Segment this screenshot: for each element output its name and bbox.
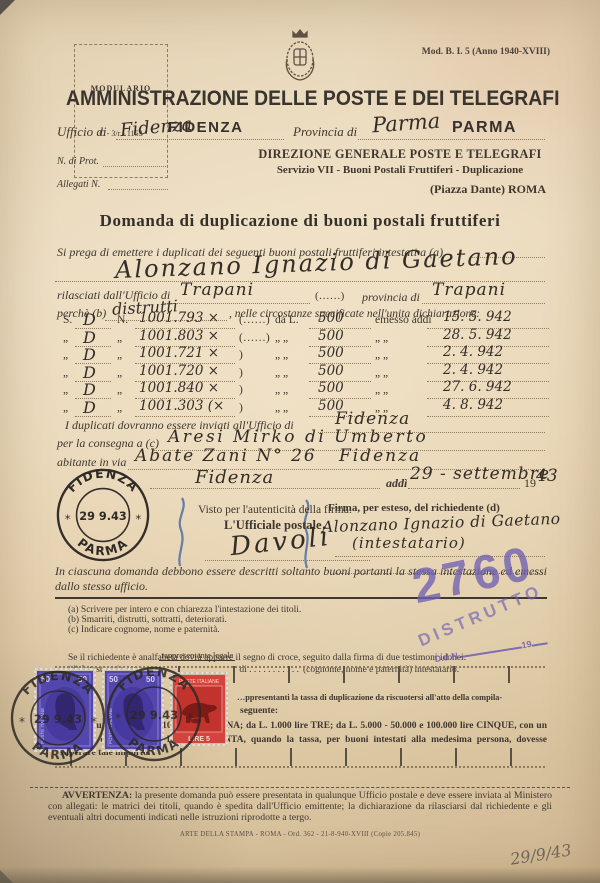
bond-date: 28. 5. 942	[443, 327, 512, 343]
document-paper: MODULARIO C - 3/r - 1153 Mod. B. I. 5 (A…	[0, 0, 600, 883]
model-number: Mod. B. I. 5 (Anno 1940-XVIII)	[380, 47, 550, 57]
direzione-line3: (Piazza Dante) ROMA	[250, 182, 546, 197]
rilasciati-handwritten: Trapani	[180, 280, 254, 300]
dotted-line	[205, 560, 370, 561]
svg-text:FIDENZA: FIDENZA	[65, 467, 142, 496]
allegati-label: Allegati N.	[57, 179, 100, 190]
bond-serie: D	[83, 345, 96, 364]
bond-lead: „	[63, 402, 68, 414]
form-heading: Domanda di duplicazione di buoni postali…	[60, 211, 540, 231]
bond-emesso-label: „ „	[375, 349, 388, 361]
ddn-line	[460, 646, 522, 658]
tax-fragment-2: seguente:	[240, 706, 278, 716]
bond-lead: „	[63, 332, 68, 344]
dotted-line	[422, 303, 545, 304]
footnote-a: (a) Scrivere per intero e con chiarezza …	[68, 605, 301, 615]
page-title: AMMINISTRAZIONE DELLE POSTE E DEI TELEGR…	[66, 86, 534, 111]
ddn-label: D.d.N.	[434, 650, 461, 664]
bond-n-label: N.	[117, 314, 128, 326]
anno-label: 19	[524, 476, 536, 491]
footnote-b: (b) Smarriti, distrutti, sottratti, dete…	[68, 615, 227, 625]
postmark-star-right: *	[187, 711, 193, 725]
stamp-grid-tick	[235, 748, 237, 766]
provincia-label: Provincia di	[293, 124, 357, 140]
stamp-grid-tick	[508, 666, 510, 683]
bond-date: 15. 5. 942	[443, 309, 512, 325]
consegna-handwritten: Aresi Mirko di Umberto	[168, 427, 428, 447]
bond-dal-label: „ „	[275, 349, 288, 361]
bond-dal-label: „ „	[275, 402, 288, 414]
bond-lead: „	[63, 367, 68, 379]
dashed-separator	[30, 787, 570, 788]
stamp-grid-line	[55, 766, 545, 768]
bond-lire: 500	[318, 380, 344, 396]
ufficio-rubber-stamp: FIDENZA	[168, 119, 244, 136]
bond-parens: (……)	[239, 332, 270, 344]
bond-number: 1001.793 ×	[139, 310, 219, 326]
bond-date: 2. 4. 942	[443, 344, 503, 360]
postmark-fidenza: FIDENZA PARMA 29 9.43 * *	[104, 664, 204, 764]
bond-dal-label: „ „	[275, 384, 288, 396]
postmark-star-left: *	[115, 711, 121, 725]
stamp-grid-tick	[398, 666, 400, 683]
postmark-town: FIDENZA	[65, 467, 142, 496]
firma-signature-note: (intestatario)	[352, 534, 466, 552]
dotted-line	[408, 488, 520, 489]
bond-serie: D	[83, 310, 96, 329]
bond-dal-label: „ „	[275, 367, 288, 379]
postmark-star-left: *	[65, 512, 71, 526]
bond-parens: )	[239, 367, 243, 379]
dotted-line	[103, 166, 168, 167]
bond-date: 2. 4. 942	[443, 362, 503, 378]
bond-date: 27. 6. 942	[443, 379, 512, 395]
anno-handwritten: 43	[536, 466, 558, 486]
bond-n-label: „	[117, 332, 122, 344]
bond-number: 1001.303 (×	[139, 398, 224, 414]
postmark-date: 29 9.43	[34, 712, 82, 726]
stamp-grid-tick	[345, 748, 347, 766]
bond-emesso-label: „ „	[375, 384, 388, 396]
dotted-line	[358, 139, 545, 140]
bond-serie: D	[83, 380, 96, 399]
bond-emesso-label: emesso addì	[375, 314, 432, 326]
bond-lead: „	[63, 349, 68, 361]
direzione-line2: Servizio VII - Buoni Postali Fruttiferi …	[250, 164, 550, 176]
bond-emesso-label: „ „	[375, 367, 388, 379]
bond-dal-label: da L.	[275, 314, 299, 326]
footnote-croce: Se il richiedente è analfabeta dovrà app…	[68, 653, 466, 663]
bond-n-label: „	[117, 402, 122, 414]
bond-n-label: „	[117, 384, 122, 396]
bond-lire: 500	[318, 363, 344, 379]
postmark-date: 29 9.43	[130, 708, 178, 722]
ufficio-label: Ufficio di	[57, 124, 106, 140]
printer-credit: ARTE DELLA STAMPA - ROMA - Ord. 362 - 21…	[0, 831, 600, 838]
postmark-star-right: *	[91, 715, 97, 729]
stamp-grid-tick	[343, 666, 345, 683]
bond-number: 1001.721 ×	[139, 345, 219, 361]
ddn-year: 19	[521, 639, 532, 650]
provincia-di-label: provincia di	[362, 290, 420, 305]
inviati-handwritten: Fidenza	[335, 409, 410, 429]
bond-parens: )	[239, 402, 243, 414]
edge-shade	[0, 867, 600, 883]
luogo-handwritten: Fidenza	[195, 467, 274, 488]
direzione-line1: DIREZIONE GENERALE POSTE E TELEGRAFI	[250, 147, 550, 162]
stamp-grid-tick	[288, 666, 290, 683]
postmark-star-left: *	[19, 715, 25, 729]
via-handwritten: Abate Zani N° 26 Fidenza	[135, 446, 421, 466]
bond-lire: 500	[318, 345, 344, 361]
stamp-grid-tick	[510, 748, 512, 766]
bond-lead: „	[63, 384, 68, 396]
protocol-label: N. di Prot.	[57, 156, 99, 167]
provincia-handwritten: Parma	[371, 109, 441, 138]
savoy-crest-icon	[276, 28, 324, 84]
stamp-grid-tick	[290, 748, 292, 766]
dotted-line	[108, 189, 168, 190]
bond-serie: D	[83, 398, 96, 417]
blue-ink-brace	[172, 496, 190, 570]
bond-parens: (……)	[239, 314, 270, 326]
avvertenza-label: AVVERTENZA:	[62, 790, 132, 801]
bond-dal-label: „ „	[275, 332, 288, 344]
stamp-grid-tick	[455, 748, 457, 766]
postmark-fidenza: FIDENZA PARMA 29 9.43 * *	[8, 668, 108, 768]
bond-lire: 500	[318, 310, 344, 326]
bond-emesso-label: „ „	[375, 332, 388, 344]
postmark-fidenza: FIDENZA PARMA 29 9.43 * *	[54, 466, 152, 564]
provincia-rubber-stamp: PARMA	[452, 119, 517, 137]
parens-field: (……)	[315, 290, 344, 302]
provincia-di-handwritten: Trapani	[432, 280, 506, 300]
bond-parens: )	[239, 384, 243, 396]
ddn-line	[532, 642, 548, 646]
pencil-date: 29/9/43	[509, 840, 573, 868]
bond-lead: S.	[63, 314, 72, 326]
dotted-line	[150, 488, 380, 489]
bond-date: 4. 8. 942	[443, 397, 503, 413]
bond-parens: )	[239, 349, 243, 361]
postmark-date: 29 9.43	[79, 510, 126, 523]
dotted-line	[165, 303, 310, 304]
stamp-grid-tick	[400, 748, 402, 766]
bond-number: 1001.803 ×	[139, 328, 219, 344]
avvertenza-paragraph: AVVERTENZA: la presente domanda può esse…	[48, 790, 552, 823]
bond-n-label: „	[117, 349, 122, 361]
tax-fragment-1: …ppresentanti la tassa di duplicazione d…	[237, 692, 502, 702]
bond-lire: 500	[318, 328, 344, 344]
stamp-grid-tick	[233, 666, 235, 683]
corner-artifact	[0, 0, 15, 15]
addi-label: addì	[386, 476, 407, 491]
bond-number: 1001.720 ×	[139, 363, 219, 379]
bond-number: 1001.840 ×	[139, 380, 219, 396]
bond-n-label: „	[117, 367, 122, 379]
postmark-star-right: *	[135, 512, 141, 526]
